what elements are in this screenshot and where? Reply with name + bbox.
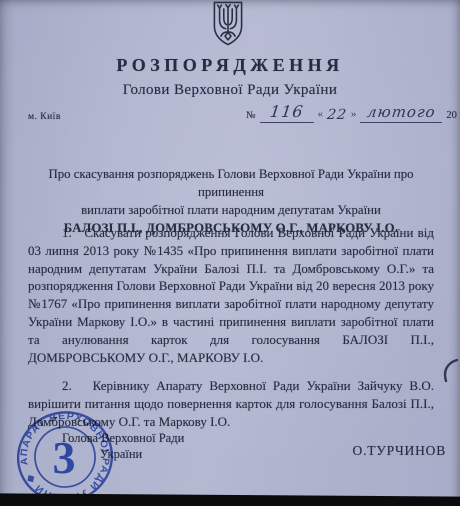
ukraine-trident-icon <box>209 1 247 46</box>
month-handwritten: лютого <box>366 105 436 120</box>
document-title: РОЗПОРЯДЖЕННЯ <box>0 55 460 76</box>
signatory-name: О.ТУРЧИНОВ <box>353 443 446 459</box>
month-field: лютого <box>360 104 442 123</box>
document-number-field: 116 <box>260 104 314 123</box>
document-photo: РОЗПОРЯДЖЕННЯ Голови Верховної Ради Укра… <box>0 0 460 506</box>
close-quote: » <box>351 108 357 123</box>
number-date-line: № 116 « 22 » лютого 20 14 р. <box>246 104 460 123</box>
subject-line-1: Про скасування розпоряджень Голови Верхо… <box>28 165 434 201</box>
document-number-handwritten: 116 <box>269 104 305 120</box>
year-prefix: 20 <box>446 110 457 123</box>
city-label: м. Київ <box>28 112 61 122</box>
number-sign: № <box>246 110 256 123</box>
pen-mark <box>438 357 460 385</box>
open-quote: « <box>318 108 324 123</box>
day-handwritten: 22 <box>326 108 348 123</box>
stamp-center-number: 3 <box>53 432 76 483</box>
document-subtitle: Голови Верховної Ради України <box>0 82 460 99</box>
photo-edge <box>0 493 460 506</box>
official-round-stamp: АПАРАТ ВЕРХОВНОЇ РАДИ УКРАЇНИ ◆ 3 <box>14 410 120 506</box>
paragraph-1: 1. Скасувати розпорядження Голови Верхов… <box>28 224 434 366</box>
subject-line-2: виплати заробітної плати народним депута… <box>28 201 434 219</box>
